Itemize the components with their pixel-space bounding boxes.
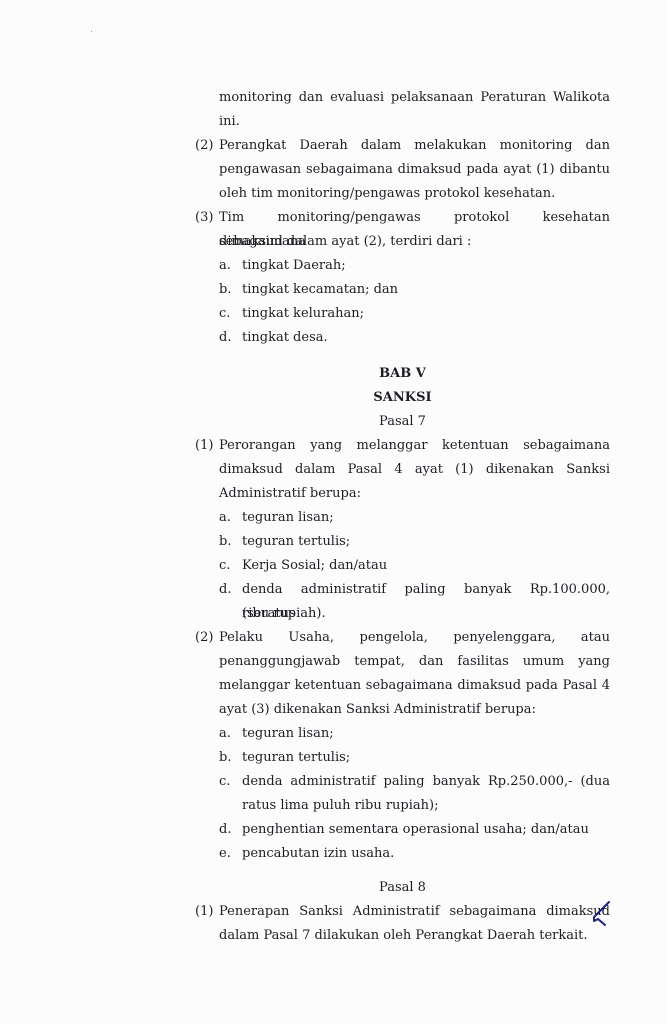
list-text: Kerja Sosial; dan/atau: [242, 554, 610, 578]
pasal-7-ayat-2: (2) Pelaku Usaha, pengelola, penyelengga…: [195, 626, 610, 866]
list-item: c. denda administratif paling banyak Rp.…: [219, 770, 610, 818]
list-letter: a.: [219, 254, 231, 278]
list-item: d. denda administratif paling banyak Rp.…: [219, 578, 610, 626]
ayat-number: (2): [195, 626, 213, 650]
ayat-number: (1): [195, 900, 213, 924]
list-letter: d.: [219, 326, 231, 350]
list-letter: d.: [219, 578, 231, 602]
ayat-number: (3): [195, 206, 213, 230]
pasal-8-ayat-1: (1) Penerapan Sanksi Administratif sebag…: [195, 900, 610, 948]
text-line: oleh tim monitoring/pengawas protokol ke…: [219, 182, 610, 206]
text-line: Pelaku Usaha, pengelola, penyelenggara, …: [219, 626, 610, 650]
text-line: pengawasan sebagaimana dimaksud pada aya…: [219, 158, 610, 182]
list-text: tingkat kecamatan; dan: [242, 278, 610, 302]
list-text: penghentian sementara operasional usaha;…: [242, 818, 610, 842]
text-line: Perorangan yang melanggar ketentuan seba…: [219, 434, 610, 458]
list-letter: b.: [219, 530, 231, 554]
list-letter: b.: [219, 278, 231, 302]
document-body: monitoring dan evaluasi pelaksanaan Pera…: [195, 86, 610, 948]
text-line: dimaksud dalam Pasal 4 ayat (1) dikenaka…: [219, 458, 610, 482]
text-line: Administratif berupa:: [219, 482, 610, 506]
text-line: dalam Pasal 7 dilakukan oleh Perangkat D…: [219, 924, 610, 948]
list-item: a. teguran lisan;: [219, 722, 610, 746]
ayat-number: (2): [195, 134, 213, 158]
list-text: teguran lisan;: [242, 722, 610, 746]
list-text: ratus lima puluh ribu rupiah);: [242, 794, 610, 818]
list-item: a. teguran lisan;: [219, 506, 610, 530]
list-text: tingkat desa.: [242, 326, 610, 350]
list-item: e. pencabutan izin usaha.: [219, 842, 610, 866]
pasal-7-heading: Pasal 7: [195, 410, 610, 434]
text-line: ayat (3) dikenakan Sanksi Administratif …: [219, 698, 610, 722]
pasal-8-heading: Pasal 8: [195, 876, 610, 900]
text-line: Tim monitoring/pengawas protokol kesehat…: [219, 206, 610, 230]
text-line: ini.: [219, 110, 610, 134]
list-text: teguran lisan;: [242, 506, 610, 530]
list-letter: c.: [219, 554, 230, 578]
list-item: a. tingkat Daerah;: [219, 254, 610, 278]
ayat-number: (1): [195, 434, 213, 458]
ayat-2: (2) Perangkat Daerah dalam melakukan mon…: [195, 134, 610, 206]
list-text: teguran tertulis;: [242, 530, 610, 554]
list-item: b. teguran tertulis;: [219, 746, 610, 770]
list-item: c. Kerja Sosial; dan/atau: [219, 554, 610, 578]
list-text: tingkat kelurahan;: [242, 302, 610, 326]
continuation-paragraph: monitoring dan evaluasi pelaksanaan Pera…: [219, 86, 610, 134]
text-line: melanggar ketentuan sebagaimana dimaksud…: [219, 674, 610, 698]
list-text: pencabutan izin usaha.: [242, 842, 610, 866]
text-line: Perangkat Daerah dalam melakukan monitor…: [219, 134, 610, 158]
list-letter: b.: [219, 746, 231, 770]
document-page: monitoring dan evaluasi pelaksanaan Pera…: [0, 0, 666, 1024]
list-item: d. penghentian sementara operasional usa…: [219, 818, 610, 842]
list-letter: e.: [219, 842, 231, 866]
chapter-title: BAB V: [195, 362, 610, 386]
list-item: c. tingkat kelurahan;: [219, 302, 610, 326]
chapter-subtitle: SANKSI: [195, 386, 610, 410]
list-item: d. tingkat desa.: [219, 326, 610, 350]
list-text: teguran tertulis;: [242, 746, 610, 770]
text-line: dimaksud dalam ayat (2), terdiri dari :: [219, 230, 610, 254]
pasal-7-ayat-1: (1) Perorangan yang melanggar ketentuan …: [195, 434, 610, 626]
list-item: b. tingkat kecamatan; dan: [219, 278, 610, 302]
text-line: penanggungjawab tempat, dan fasilitas um…: [219, 650, 610, 674]
list-letter: a.: [219, 506, 231, 530]
list-letter: c.: [219, 770, 230, 794]
list-letter: c.: [219, 302, 230, 326]
text-line: Penerapan Sanksi Administratif sebagaima…: [219, 900, 610, 924]
list-text: denda administratif paling banyak Rp.100…: [242, 578, 610, 602]
list-text: ribu rupiah).: [242, 602, 610, 626]
list-text: tingkat Daerah;: [242, 254, 610, 278]
list-text: denda administratif paling banyak Rp.250…: [242, 770, 610, 794]
text-line: monitoring dan evaluasi pelaksanaan Pera…: [219, 86, 610, 110]
list-letter: d.: [219, 818, 231, 842]
list-item: b. teguran tertulis;: [219, 530, 610, 554]
handwritten-initial-mark-icon: [590, 900, 612, 926]
scan-speck: [91, 31, 92, 32]
list-letter: a.: [219, 722, 231, 746]
ayat-3: (3) Tim monitoring/pengawas protokol kes…: [195, 206, 610, 350]
